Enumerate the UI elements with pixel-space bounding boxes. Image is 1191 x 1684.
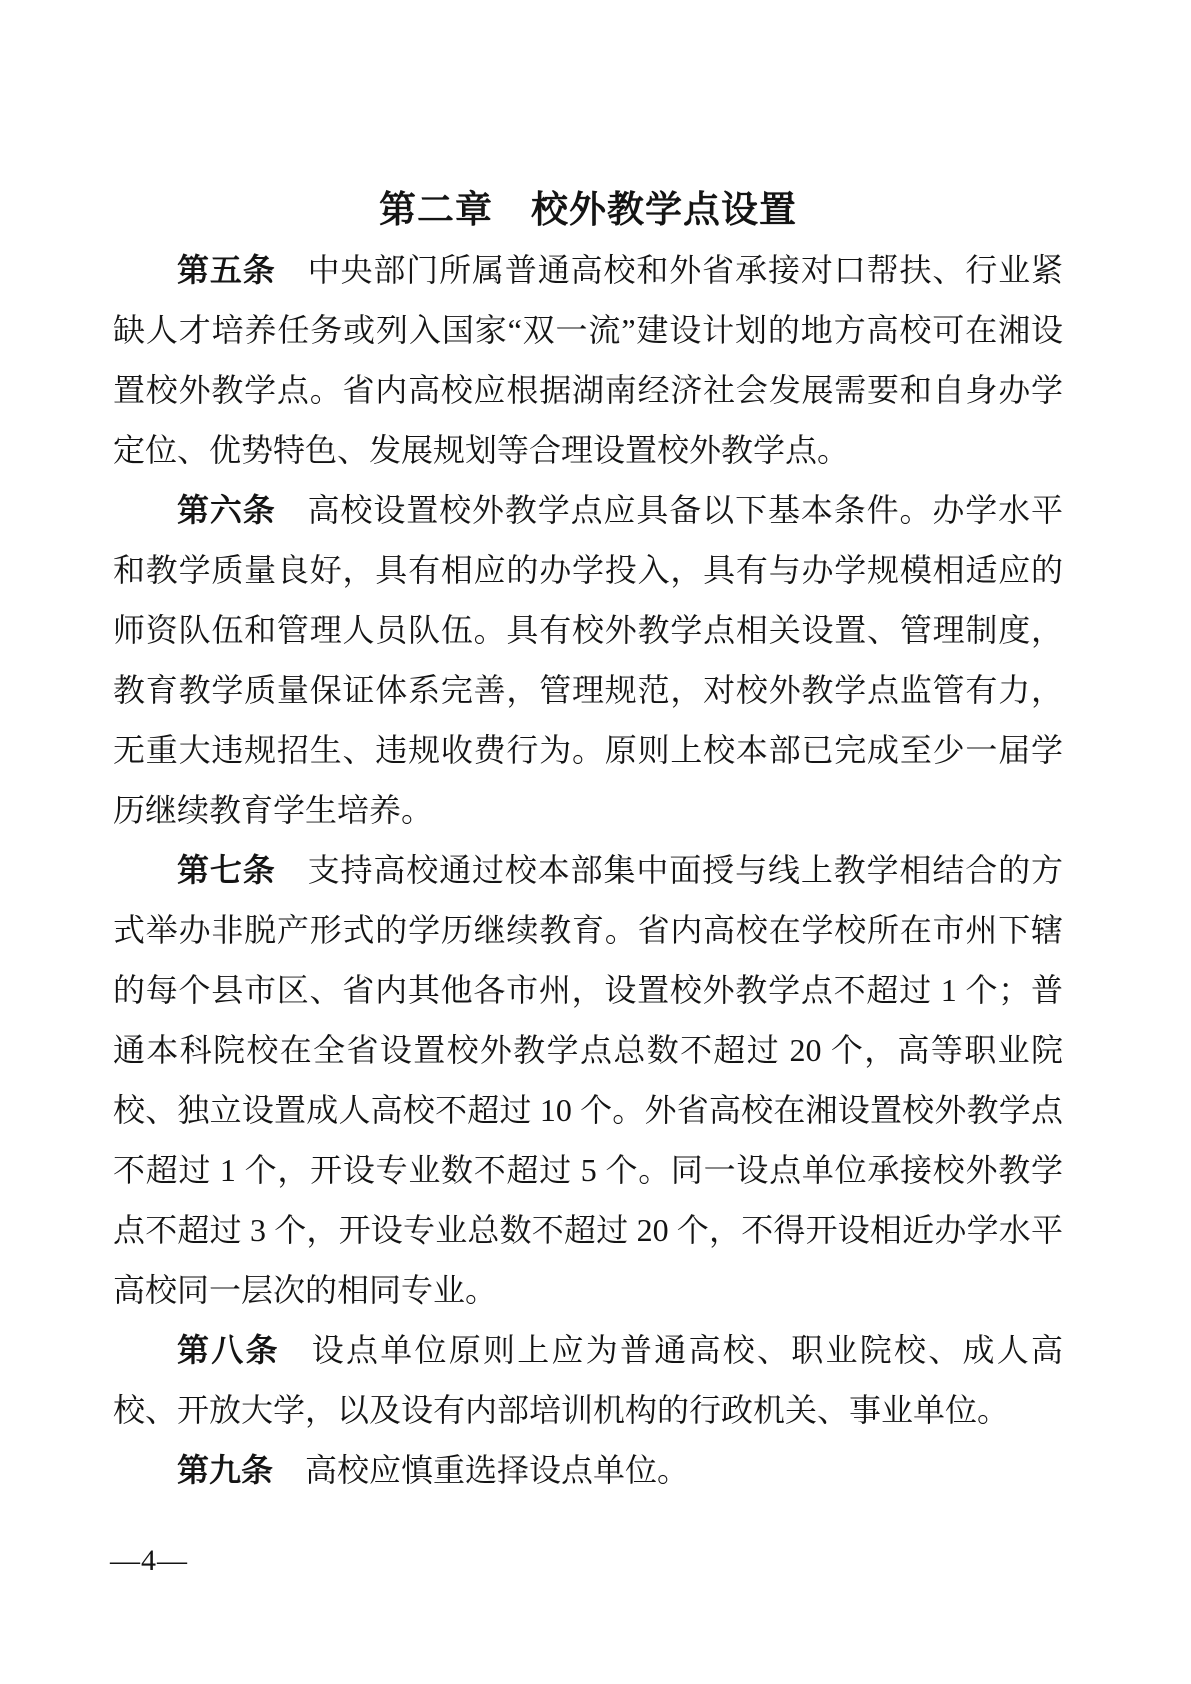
article-paragraph-6: 第六条高校设置校外教学点应具备以下基本条件。办学水平和教学质量良好，具有相应的办… xyxy=(113,480,1063,840)
article-7-label: 第七条 xyxy=(177,852,276,888)
article-6-text: 高校设置校外教学点应具备以下基本条件。办学水平和教学质量良好，具有相应的办学投入… xyxy=(113,492,1063,828)
chapter-title: 第二章 校外教学点设置 xyxy=(113,180,1063,240)
article-paragraph-5: 第五条中央部门所属普通高校和外省承接对口帮扶、行业紧缺人才培养任务或列入国家“双… xyxy=(113,240,1063,480)
article-paragraph-7: 第七条支持高校通过校本部集中面授与线上教学相结合的方式举办非脱产形式的学历继续教… xyxy=(113,840,1063,1320)
article-6-label: 第六条 xyxy=(177,492,276,528)
article-paragraph-9: 第九条高校应慎重选择设点单位。 xyxy=(113,1440,1063,1500)
article-5-label: 第五条 xyxy=(177,252,276,288)
document-content: 第二章 校外教学点设置 第五条中央部门所属普通高校和外省承接对口帮扶、行业紧缺人… xyxy=(113,180,1063,1500)
article-9-text: 高校应慎重选择设点单位。 xyxy=(305,1452,689,1488)
page-number: —4— xyxy=(110,1542,188,1580)
article-7-text: 支持高校通过校本部集中面授与线上教学相结合的方式举办非脱产形式的学历继续教育。省… xyxy=(113,852,1063,1308)
article-8-label: 第八条 xyxy=(177,1332,280,1368)
article-paragraph-8: 第八条设点单位原则上应为普通高校、职业院校、成人高校、开放大学，以及设有内部培训… xyxy=(113,1320,1063,1440)
article-9-label: 第九条 xyxy=(177,1452,273,1488)
document-page: 第二章 校外教学点设置 第五条中央部门所属普通高校和外省承接对口帮扶、行业紧缺人… xyxy=(0,0,1191,1684)
